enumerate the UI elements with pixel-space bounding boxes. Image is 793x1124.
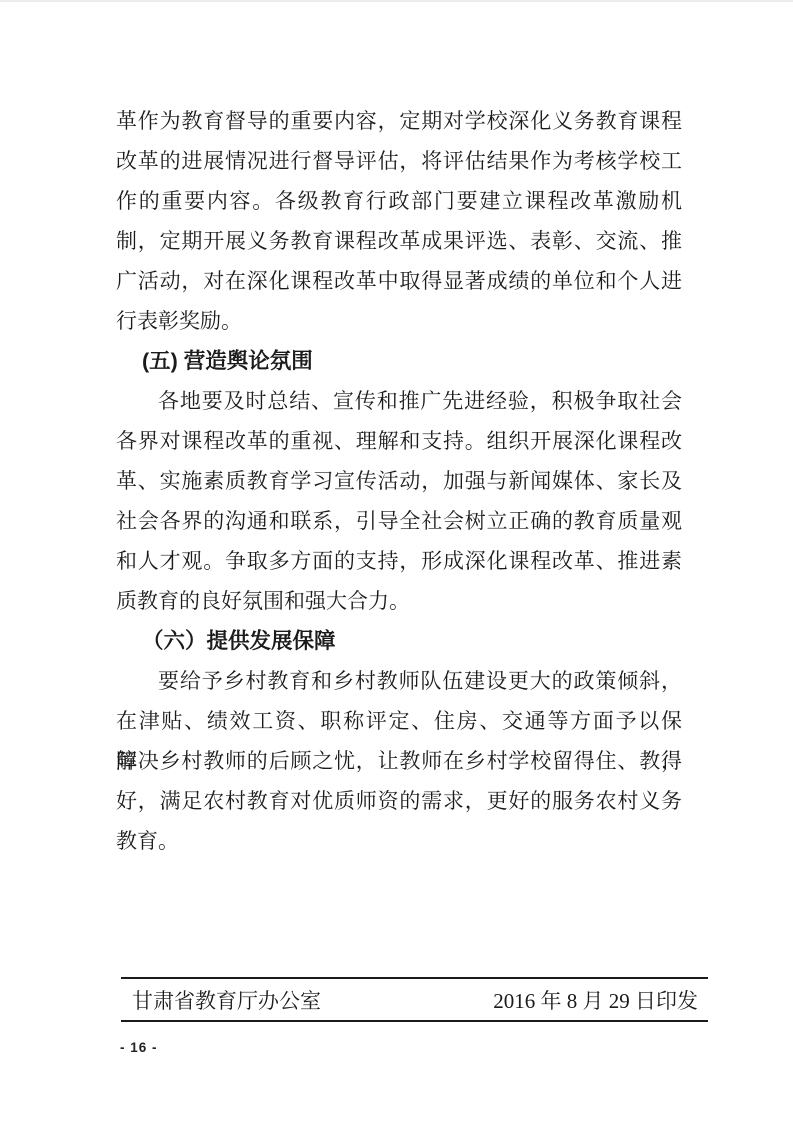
colophon-row: 甘肃省教育厅办公室 2016 年 8 月 29 日印发 <box>121 979 708 1020</box>
issuing-office: 甘肃省教育厅办公室 <box>132 985 321 1015</box>
colophon-bottom-rule <box>121 1020 708 1022</box>
page-number: - 16 - <box>120 1040 158 1055</box>
colophon: 甘肃省教育厅办公室 2016 年 8 月 29 日印发 <box>121 977 708 1022</box>
section-heading: (五) 营造舆论氛围 <box>116 341 682 381</box>
text-line: 要给予乡村教育和乡村教师队伍建设更大的政策倾斜， <box>116 661 682 701</box>
document-page: 革作为教育督导的重要内容，定期对学校深化义务教育课程改革的进展情况进行督导评估，… <box>0 0 793 1124</box>
document-body: 革作为教育督导的重要内容，定期对学校深化义务教育课程改革的进展情况进行督导评估，… <box>116 101 682 861</box>
text-line: 革作为教育督导的重要内容，定期对学校深化义务教育课程 <box>116 101 682 141</box>
text-line: 行表彰奖励。 <box>116 301 682 341</box>
text-line: 各地要及时总结、宣传和推广先进经验，积极争取社会 <box>116 381 682 421</box>
text-line: 和人才观。争取多方面的支持，形成深化课程改革、推进素 <box>116 541 682 581</box>
text-line: 在津贴、绩效工资、职称评定、住房、交通等方面予以保障， <box>116 701 682 741</box>
section-heading: （六）提供发展保障 <box>116 621 682 661</box>
print-date: 2016 年 8 月 29 日印发 <box>493 985 698 1015</box>
text-line: 社会各界的沟通和联系，引导全社会树立正确的教育质量观 <box>116 501 682 541</box>
text-line: 制，定期开展义务教育课程改革成果评选、表彰、交流、推 <box>116 221 682 261</box>
text-line: 教育。 <box>116 821 682 861</box>
text-line: 解决乡村教师的后顾之忧，让教师在乡村学校留得住、教得 <box>116 741 682 781</box>
text-line: 各界对课程改革的重视、理解和支持。组织开展深化课程改 <box>116 421 682 461</box>
text-line: 好，满足农村教育对优质师资的需求，更好的服务农村义务 <box>116 781 682 821</box>
text-line: 改革的进展情况进行督导评估，将评估结果作为考核学校工 <box>116 141 682 181</box>
text-line: 作的重要内容。各级教育行政部门要建立课程改革激励机 <box>116 181 682 221</box>
text-line: 广活动，对在深化课程改革中取得显著成绩的单位和个人进 <box>116 261 682 301</box>
text-line: 质教育的良好氛围和强大合力。 <box>116 581 682 621</box>
text-line: 革、实施素质教育学习宣传活动，加强与新闻媒体、家长及 <box>116 461 682 501</box>
